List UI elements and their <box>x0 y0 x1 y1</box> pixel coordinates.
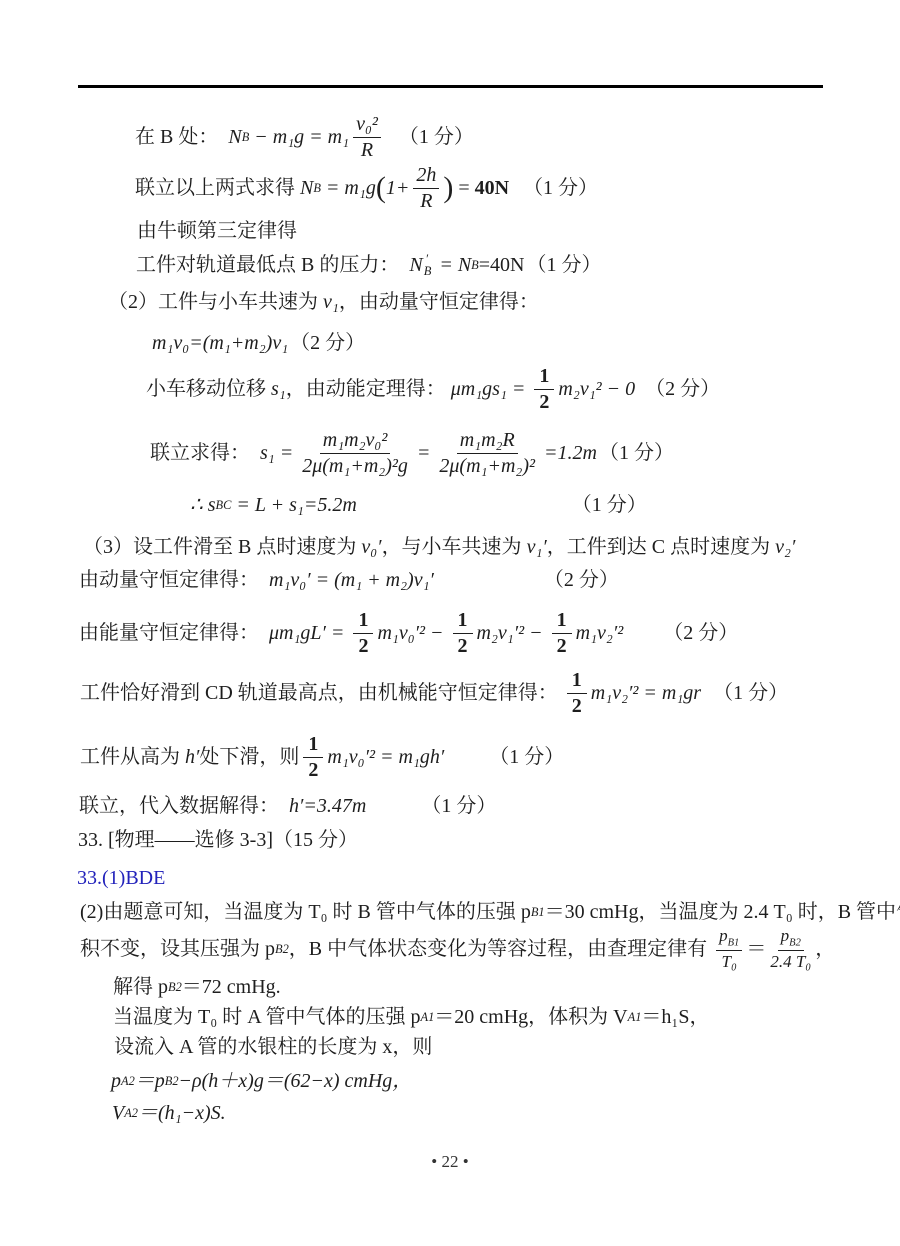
text-segment: (2)由题意可知，当温度为 T₀ 时 B 管中气体的压强 p <box>80 901 531 924</box>
fraction-denominator: R <box>420 189 432 213</box>
variable: p <box>781 926 790 945</box>
score-label: （1 分） <box>489 746 564 769</box>
math-segment: = <box>453 177 474 200</box>
fraction-one-half: 12 <box>567 669 587 718</box>
line-label: 在 B 处： <box>135 126 228 149</box>
subscript: A2 <box>121 1075 135 1087</box>
variable: h′ <box>185 746 199 769</box>
math-segment: m₁v₀′² − <box>377 622 448 645</box>
math-segment: = L + s₁=5.2m <box>231 494 356 517</box>
fraction-denominator: 2 <box>353 634 373 658</box>
fraction: pB22.4 T₀ <box>770 926 811 971</box>
math-segment: N <box>300 177 313 200</box>
variable: p <box>111 1070 121 1093</box>
subscript: B <box>313 182 321 194</box>
page-footer: • 22 • <box>0 1152 900 1172</box>
subscript: A1 <box>628 1011 642 1023</box>
math-segment: μm₁gL′ = <box>269 622 349 645</box>
solution-part2-intro: （2）工件与小车共速为 v₁，由动量守恒定律得： <box>108 289 539 315</box>
math-segment: ＝p <box>135 1070 165 1093</box>
solution-line-h-result: 联立，代入数据解得： h′=3.47m（1 分） <box>79 793 496 819</box>
close-paren: ) <box>443 171 453 206</box>
answer-line-va2-eq: VA2＝(h₁−x)S. <box>112 1100 226 1126</box>
math-segment: m₁v₀′ = (m₁ + m₂)v₁′ <box>269 569 434 592</box>
text-segment: 当温度为 T₀ 时 A 管中气体的压强 p <box>113 1006 421 1029</box>
score-label: （1 分） <box>572 494 647 517</box>
solution-line-cd-top: 工件恰好滑到 CD 轨道最高点，由机械能守恒定律得： 12m₁v₂′² = m₁… <box>80 665 788 721</box>
fraction-denominator: 2 <box>303 758 323 782</box>
line-label: 由能量守恒定律得： <box>79 622 269 645</box>
fraction-numerator: 1 <box>552 609 572 634</box>
score-label: （2 分） <box>663 622 738 645</box>
subscript: B2 <box>168 981 182 993</box>
fraction-numerator: 1 <box>353 609 373 634</box>
fraction-denominator: T₀ <box>722 951 737 972</box>
fraction-numerator: 1 <box>567 669 587 694</box>
text-segment: ， <box>815 938 835 961</box>
score-label: （1 分） <box>523 177 598 200</box>
solution-line-pressure-on-track: 工件对轨道最低点 B 的压力： N′B = NB=40N（1 分） <box>136 251 601 279</box>
math-segment: − m₁g = m₁ <box>249 126 349 149</box>
answer-33-1-bde: 33.(1)BDE <box>77 865 165 891</box>
text-segment: ，由动能定理得： <box>286 378 451 401</box>
variable: V <box>112 1102 124 1125</box>
line-label: 联立以上两式求得 <box>135 177 300 200</box>
fraction-one-half: 12 <box>552 609 572 658</box>
solution-line-momentum-eq-2: 由动量守恒定律得： m₁v₀′ = (m₁ + m₂)v₁′（2 分） <box>79 565 619 595</box>
answer-line-mercury-x: 设流入 A 管的水银柱的长度为 x，则 <box>114 1034 432 1060</box>
subscript: B1 <box>531 906 545 918</box>
math-segment: −ρ(h＋x)g＝(62−x) cmHg， <box>179 1070 413 1093</box>
line-label: 联立求得： <box>150 442 260 465</box>
score-label: （1 分） <box>399 126 474 149</box>
fraction-denominator: 2.4 T₀ <box>770 951 811 972</box>
math-segment: m₁v₂′² <box>576 622 624 645</box>
fraction-numerator: m₁m₂R <box>457 429 518 454</box>
solution-line-work-energy: 小车移动位移 s₁，由动能定理得： μm₁gs₁ = 12m₂v₁² − 0（2… <box>146 361 720 417</box>
answer-33-2-paragraph-1: (2)由题意可知，当温度为 T₀ 时 B 管中气体的压强 pB1＝30 cmHg… <box>80 899 900 925</box>
solution-line-s1-result: 联立求得： s₁ = m₁m₂v₀²2μ(m₁+m₂)²g = m₁m₂R2μ(… <box>150 417 674 489</box>
line-label: 工件恰好滑到 CD 轨道最高点，由机械能守恒定律得： <box>80 682 563 705</box>
math-segment: m₁v₀′² = m₁gh′ <box>327 746 444 769</box>
text-segment: ，由动量守恒定律得： <box>339 291 539 314</box>
fraction-numerator: 2h <box>413 164 439 189</box>
score-label: （1 分） <box>421 795 496 818</box>
math-segment: N <box>409 254 422 277</box>
variable: v₁ <box>323 291 339 314</box>
fraction-denominator: 2μ(m₁+m₂)² <box>439 454 535 478</box>
subscript: A2 <box>124 1107 138 1119</box>
fraction-numerator: v₀² <box>353 113 381 138</box>
solution-line-slide-from-h: 工件从高为 h′处下滑，则12m₁v₀′² = m₁gh′（1 分） <box>80 729 564 785</box>
fraction-numerator: m₁m₂v₀² <box>320 429 391 454</box>
variable: s₁ <box>271 378 286 401</box>
math-segment: ＝(h₁−x)S. <box>138 1102 226 1125</box>
text-segment: （2）工件与小车共速为 <box>108 291 323 314</box>
answer-line-pa1-va1: 当温度为 T₀ 时 A 管中气体的压强 pA1＝20 cmHg，体积为 VA1＝… <box>113 1004 710 1030</box>
answer-text: 33.(1)BDE <box>77 867 165 890</box>
answer-sheet-page: 在 B 处： NB − m₁g = m₁v₀²R（1 分） 联立以上两式求得 N… <box>0 0 900 1246</box>
question-33-heading: 33. [物理——选修 3-3]（15 分） <box>78 827 358 853</box>
math-segment: =40N <box>479 254 525 277</box>
math-segment: m₂v₁² − 0 <box>558 378 635 401</box>
text-segment: （3）设工件滑至 B 点时速度为 <box>83 536 361 559</box>
score-label: （2 分） <box>544 569 619 592</box>
text-segment: 设流入 A 管的水银柱的长度为 x，则 <box>114 1036 432 1059</box>
fraction-one-half: 12 <box>453 609 473 658</box>
subscript: B <box>471 259 479 271</box>
text-segment: 由牛顿第三定律得 <box>137 220 297 243</box>
math-segment: m₁v₀=(m₁+m₂)v₁ <box>152 332 288 355</box>
answer-line-pb2-result: 解得 pB2＝72 cmHg. <box>113 974 281 1000</box>
text-segment: ＝72 cmHg. <box>182 976 281 999</box>
fraction-numerator: 1 <box>303 733 323 758</box>
math-segment: =1.2m <box>539 442 597 465</box>
solution-line-newton-third-law: 由牛顿第三定律得 <box>137 218 297 244</box>
solution-line-momentum-eq: m₁v₀=(m₁+m₂)v₁（2 分） <box>152 330 365 356</box>
fraction: m₁m₂R2μ(m₁+m₂)² <box>439 429 535 478</box>
header-rule <box>78 85 823 88</box>
subscript: B <box>424 265 432 278</box>
solution-line-energy-eq: 由能量守恒定律得： μm₁gL′ = 12m₁v₀′² − 12m₂v₁′² −… <box>79 605 738 661</box>
subscript: B1 <box>728 938 740 949</box>
fraction: pB1T₀ <box>716 926 742 971</box>
text-segment: ，工件到达 C 点时速度为 <box>547 536 775 559</box>
text-segment: ＝20 cmHg，体积为 V <box>434 1006 627 1029</box>
text-segment: 积不变，设其压强为 p <box>80 938 275 961</box>
line-label: 由动量守恒定律得： <box>79 569 269 592</box>
math-segment: ∴ s <box>190 494 216 517</box>
subscript: B2 <box>789 938 801 949</box>
variable: v₁′ <box>527 536 547 559</box>
prime-subscript-stack: ′B <box>424 253 432 278</box>
math-segment: 1+ <box>386 177 410 200</box>
page-number: • 22 • <box>431 1152 468 1172</box>
math-segment: = <box>412 442 436 465</box>
variable: p <box>719 926 728 945</box>
text-segment: 解得 p <box>113 976 168 999</box>
score-label: （1 分） <box>526 254 601 277</box>
score-label: （1 分） <box>713 682 788 705</box>
solution-line-nb-result: 联立以上两式求得 NB = m₁g(1+2hR) = 40N（1 分） <box>135 148 598 228</box>
solution-line-sbc-result: ∴ sBC = L + s₁=5.2m（1 分） <box>190 492 647 518</box>
math-segment: N <box>228 126 241 149</box>
fraction-numerator: pB1 <box>716 926 742 951</box>
subscript: B2 <box>165 1075 179 1087</box>
variable: v₂′ <box>775 536 795 559</box>
math-segment: m₁v₂′² = m₁gr <box>591 682 701 705</box>
text-segment: ＝h₁S， <box>641 1006 709 1029</box>
open-paren: ( <box>376 171 386 206</box>
line-label: 联立，代入数据解得： <box>79 795 289 818</box>
fraction-denominator: 2μ(m₁+m₂)²g <box>302 454 408 478</box>
fraction-one-half: 12 <box>534 365 554 414</box>
fraction: m₁m₂v₀²2μ(m₁+m₂)²g <box>302 429 408 478</box>
fraction: 2hR <box>413 164 439 213</box>
text-segment: ＝30 cmHg，当温度为 2.4 T₀ 时，B 管中气体体 <box>545 901 900 924</box>
variable: v₀′ <box>361 536 381 559</box>
fraction-denominator: 2 <box>567 694 587 718</box>
subscript: A1 <box>421 1011 435 1023</box>
text-segment: 工件从高为 <box>80 746 185 769</box>
math-segment: s₁ = <box>260 442 298 465</box>
fraction-one-half: 12 <box>353 609 373 658</box>
math-segment: μm₁gs₁ = <box>451 378 531 401</box>
math-segment: h′=3.47m <box>289 795 366 818</box>
result-value: 40N <box>475 177 509 200</box>
text-segment: ，与小车共速为 <box>382 536 527 559</box>
fraction-one-half: 12 <box>303 733 323 782</box>
score-label: （2 分） <box>645 378 720 401</box>
equals-sign: ＝ <box>746 938 766 961</box>
text-segment: 处下滑，则 <box>199 746 299 769</box>
answer-line-pa2-eq: pA2＝pB2−ρ(h＋x)g＝(62−x) cmHg， <box>111 1068 412 1094</box>
subscript: BC <box>216 499 232 511</box>
text-segment: 33. [物理——选修 3-3]（15 分） <box>78 829 358 852</box>
fraction-denominator: 2 <box>552 634 572 658</box>
subscript: B <box>242 131 250 143</box>
fraction-numerator: 1 <box>534 365 554 390</box>
fraction-numerator: 1 <box>453 609 473 634</box>
fraction-numerator: pB2 <box>778 926 804 951</box>
solution-part3-intro: （3）设工件滑至 B 点时速度为 v₀′，与小车共速为 v₁′，工件到达 C 点… <box>83 534 795 560</box>
line-label: 工件对轨道最低点 B 的压力： <box>136 254 409 277</box>
subscript: B2 <box>275 943 289 955</box>
text-segment: 小车移动位移 <box>146 378 271 401</box>
score-label: （1 分） <box>599 442 674 465</box>
math-segment: m₂v₁′² − <box>477 622 548 645</box>
answer-33-2-paragraph-2: 积不变，设其压强为 pB2，B 中气体状态变化为等容过程，由查理定律有 pB1T… <box>80 924 835 974</box>
math-segment: = N <box>434 254 471 277</box>
math-segment: = m₁g <box>321 177 376 200</box>
fraction-denominator: 2 <box>453 634 473 658</box>
score-label: （2 分） <box>290 332 365 355</box>
fraction-denominator: 2 <box>534 390 554 414</box>
text-segment: ，B 中气体状态变化为等容过程，由查理定律有 <box>289 938 712 961</box>
